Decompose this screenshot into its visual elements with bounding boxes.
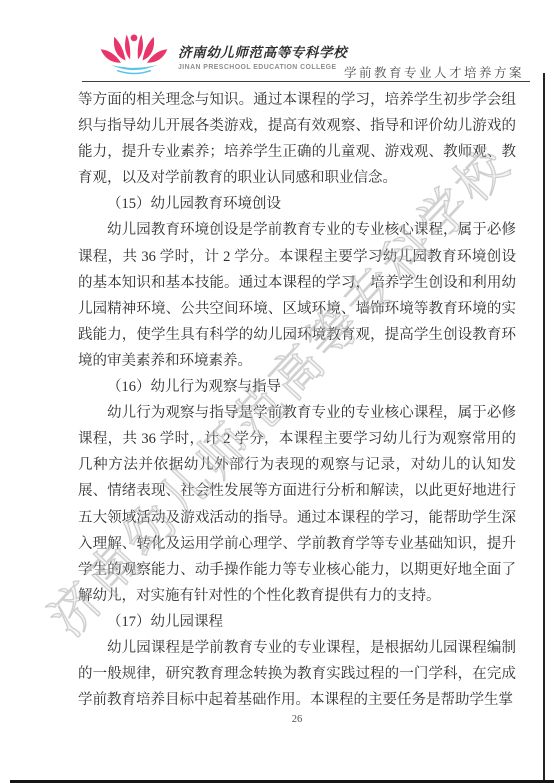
college-name-zh: 济南幼儿师范高等专科学校 [178, 41, 348, 61]
section-heading-15: （15）幼儿园教育环境创设 [78, 191, 516, 217]
scan-edge-bottom [10, 780, 554, 783]
document-title: 学前教育专业人才培养方案 [344, 63, 524, 81]
document-body: 等方面的相关理念与知识。通过本课程的学习，培养学生初步学会组织与指导幼儿开展各类… [78, 87, 516, 713]
paragraph-course-15: 幼儿园教育环境创设是学前教育专业的专业核心课程，属于必修课程，共 36 学时，计… [78, 217, 516, 374]
scan-edge-right [543, 73, 545, 781]
paragraph-course-17: 幼儿园课程是学前教育专业的专业课程，是根据幼儿园课程编制的一般规律，研究教育理念… [78, 635, 516, 713]
paragraph-continuation: 等方面的相关理念与知识。通过本课程的学习，培养学生初步学会组织与指导幼儿开展各类… [78, 87, 516, 191]
section-heading-16: （16）幼儿行为观察与指导 [78, 374, 516, 400]
section-heading-17: （17）幼儿园课程 [78, 609, 516, 635]
paragraph-course-16: 幼儿行为观察与指导是学前教育专业的专业核心课程，属于必修课程，共 36 学时，计… [78, 400, 516, 609]
document-page: 济南幼儿师范高等专科学校 JINAN PRESCHOOL EDUCATION C… [0, 0, 554, 783]
page-number: 26 [78, 714, 516, 725]
college-name-en: JINAN PRESCHOOL EDUCATION COLLEGE [178, 64, 348, 71]
college-logo-icon [97, 30, 171, 82]
college-name-block: 济南幼儿师范高等专科学校 JINAN PRESCHOOL EDUCATION C… [178, 41, 348, 71]
header-divider [82, 81, 530, 82]
